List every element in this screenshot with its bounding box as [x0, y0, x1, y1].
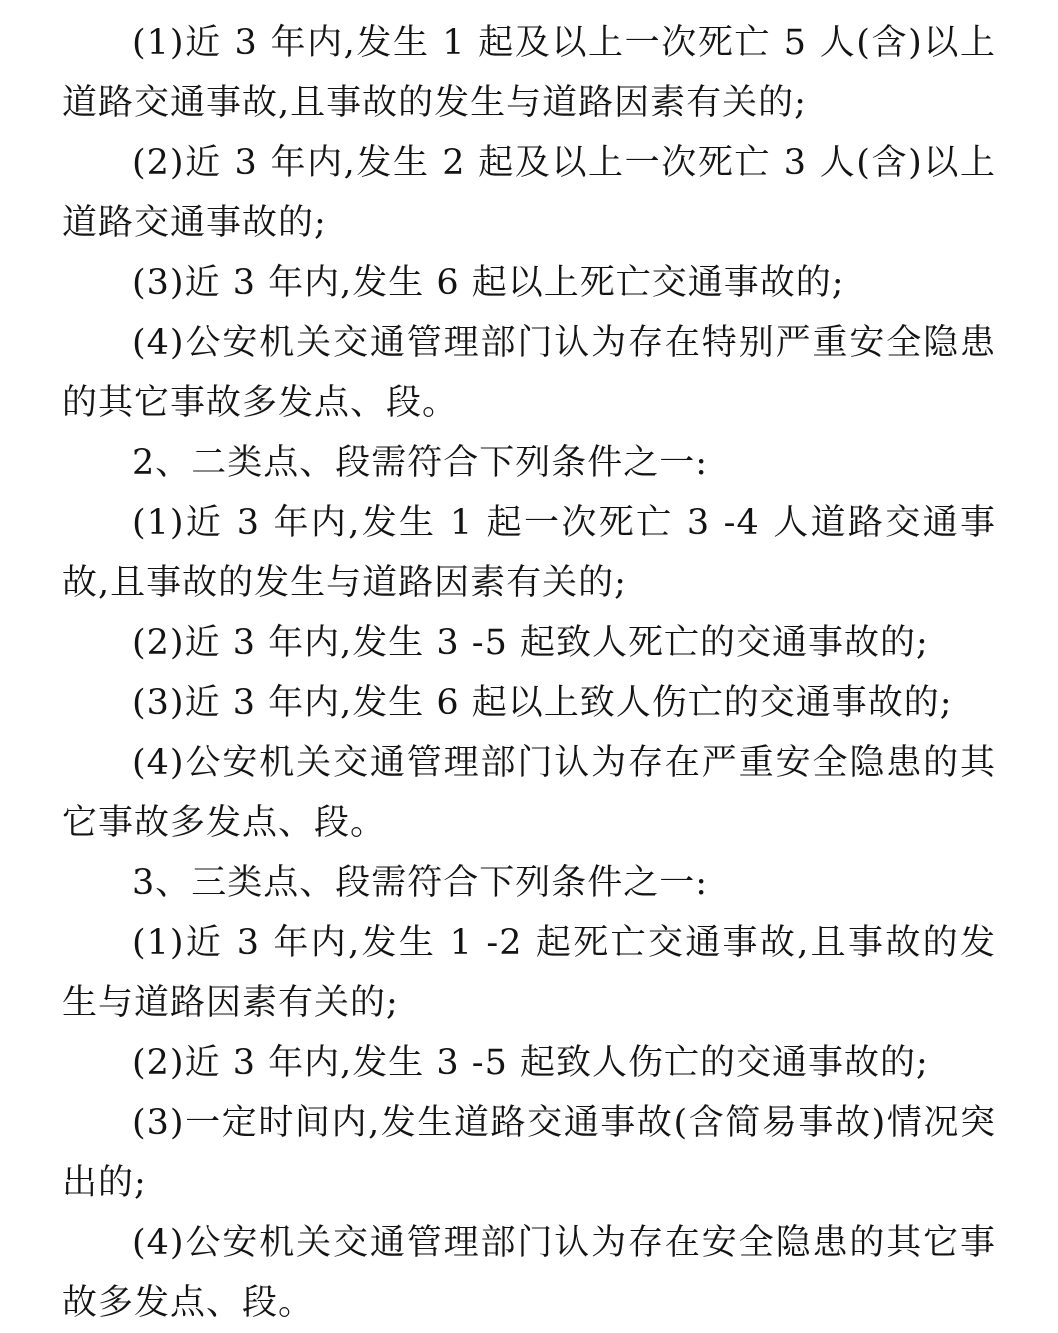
- paragraph-item-7: (3)近 3 年内,发生 6 起以上致人伤亡的交通事故的;: [62, 673, 996, 733]
- paragraph-item-2: (2)近 3 年内,发生 2 起及以上一次死亡 3 人(含)以上道路交通事故的;: [62, 133, 996, 253]
- paragraph-item-4: (4)公安机关交通管理部门认为存在特别严重安全隐患的其它事故多发点、段。: [62, 313, 996, 433]
- paragraph-item-9: (1)近 3 年内,发生 1 -2 起死亡交通事故,且事故的发生与道路因素有关的…: [62, 913, 996, 1033]
- paragraph-item-10: (2)近 3 年内,发生 3 -5 起致人伤亡的交通事故的;: [62, 1033, 996, 1093]
- document-body: (1)近 3 年内,发生 1 起及以上一次死亡 5 人(含)以上道路交通事故,且…: [62, 13, 996, 1333]
- section-heading-class-3: 3、三类点、段需符合下列条件之一:: [62, 853, 996, 913]
- document-page: (1)近 3 年内,发生 1 起及以上一次死亡 5 人(含)以上道路交通事故,且…: [0, 0, 1058, 1333]
- paragraph-item-1: (1)近 3 年内,发生 1 起及以上一次死亡 5 人(含)以上道路交通事故,且…: [62, 13, 996, 133]
- paragraph-item-8: (4)公安机关交通管理部门认为存在严重安全隐患的其它事故多发点、段。: [62, 733, 996, 853]
- paragraph-item-6: (2)近 3 年内,发生 3 -5 起致人死亡的交通事故的;: [62, 613, 996, 673]
- paragraph-item-5: (1)近 3 年内,发生 1 起一次死亡 3 -4 人道路交通事故,且事故的发生…: [62, 493, 996, 613]
- section-heading-class-2: 2、二类点、段需符合下列条件之一:: [62, 433, 996, 493]
- paragraph-item-12: (4)公安机关交通管理部门认为存在安全隐患的其它事故多发点、段。: [62, 1213, 996, 1333]
- paragraph-item-11: (3)一定时间内,发生道路交通事故(含简易事故)情况突出的;: [62, 1093, 996, 1213]
- paragraph-item-3: (3)近 3 年内,发生 6 起以上死亡交通事故的;: [62, 253, 996, 313]
